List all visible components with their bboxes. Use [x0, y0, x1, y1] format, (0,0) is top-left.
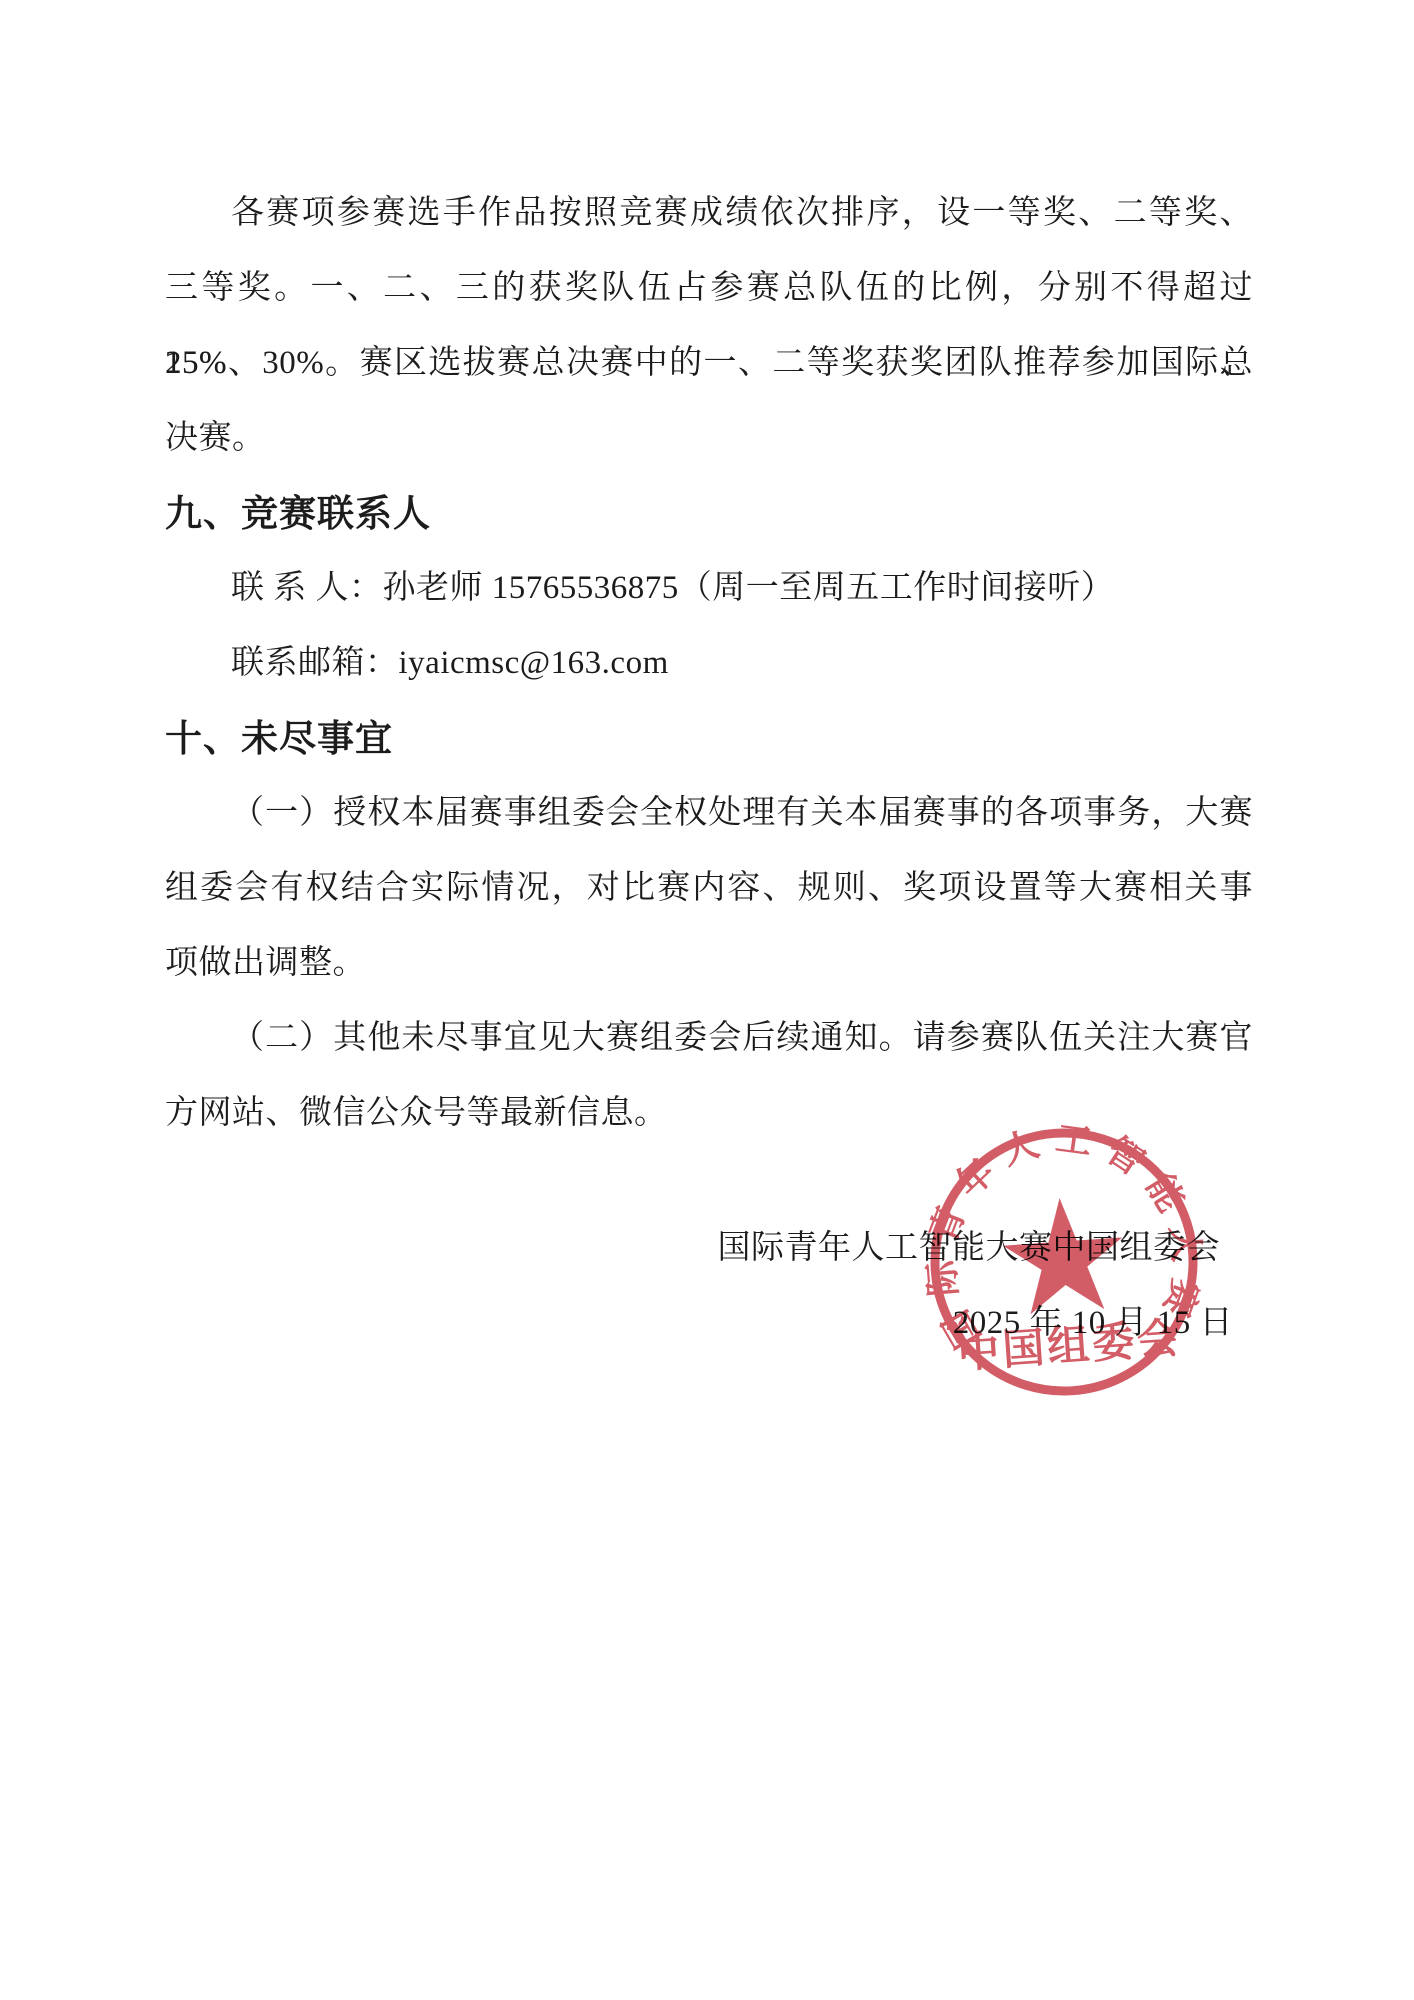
section-10-item1-line: 项做出调整。	[165, 926, 1253, 1001]
document-body: 各赛项参赛选手作品按照竞赛成绩依次排序，设一等奖、二等奖、 三等奖。一、二、三的…	[165, 176, 1253, 1361]
section-10-item2-line: （二）其他未尽事宜见大赛组委会后续通知。请参赛队伍关注大赛官	[165, 1001, 1253, 1076]
document-page: 各赛项参赛选手作品按照竞赛成绩依次排序，设一等奖、二等奖、 三等奖。一、二、三的…	[0, 0, 1414, 2000]
section-10-item1-line: （一）授权本届赛事组委会全权处理有关本届赛事的各项事务，大赛	[165, 776, 1253, 851]
section-10-item1-line: 组委会有权结合实际情况，对比赛内容、规则、奖项设置等大赛相关事	[165, 851, 1253, 926]
contact-person-line: 联 系 人：孙老师 15765536875（周一至周五工作时间接听）	[165, 551, 1253, 626]
award-paragraph-line: 三等奖。一、二、三的获奖队伍占参赛总队伍的比例，分别不得超过 15%、	[165, 251, 1253, 326]
section-9-heading: 九、竞赛联系人	[165, 476, 1253, 551]
section-10-item2-line: 方网站、微信公众号等最新信息。	[165, 1076, 1253, 1151]
section-10-heading: 十、未尽事宜	[165, 701, 1253, 776]
signature-org-line: 国际青年人工智能大赛中国组委会	[165, 1211, 1253, 1286]
award-paragraph-line: 25%、30%。赛区选拔赛总决赛中的一、二等奖获奖团队推荐参加国际总	[165, 326, 1253, 401]
award-paragraph-line: 决赛。	[165, 401, 1253, 476]
signature-date-line: 2025 年 10 月 15 日	[165, 1286, 1253, 1361]
signature-spacer	[165, 1151, 1253, 1211]
contact-email-line: 联系邮箱：iyaicmsc@163.com	[165, 626, 1253, 701]
award-paragraph-line: 各赛项参赛选手作品按照竞赛成绩依次排序，设一等奖、二等奖、	[165, 176, 1253, 251]
